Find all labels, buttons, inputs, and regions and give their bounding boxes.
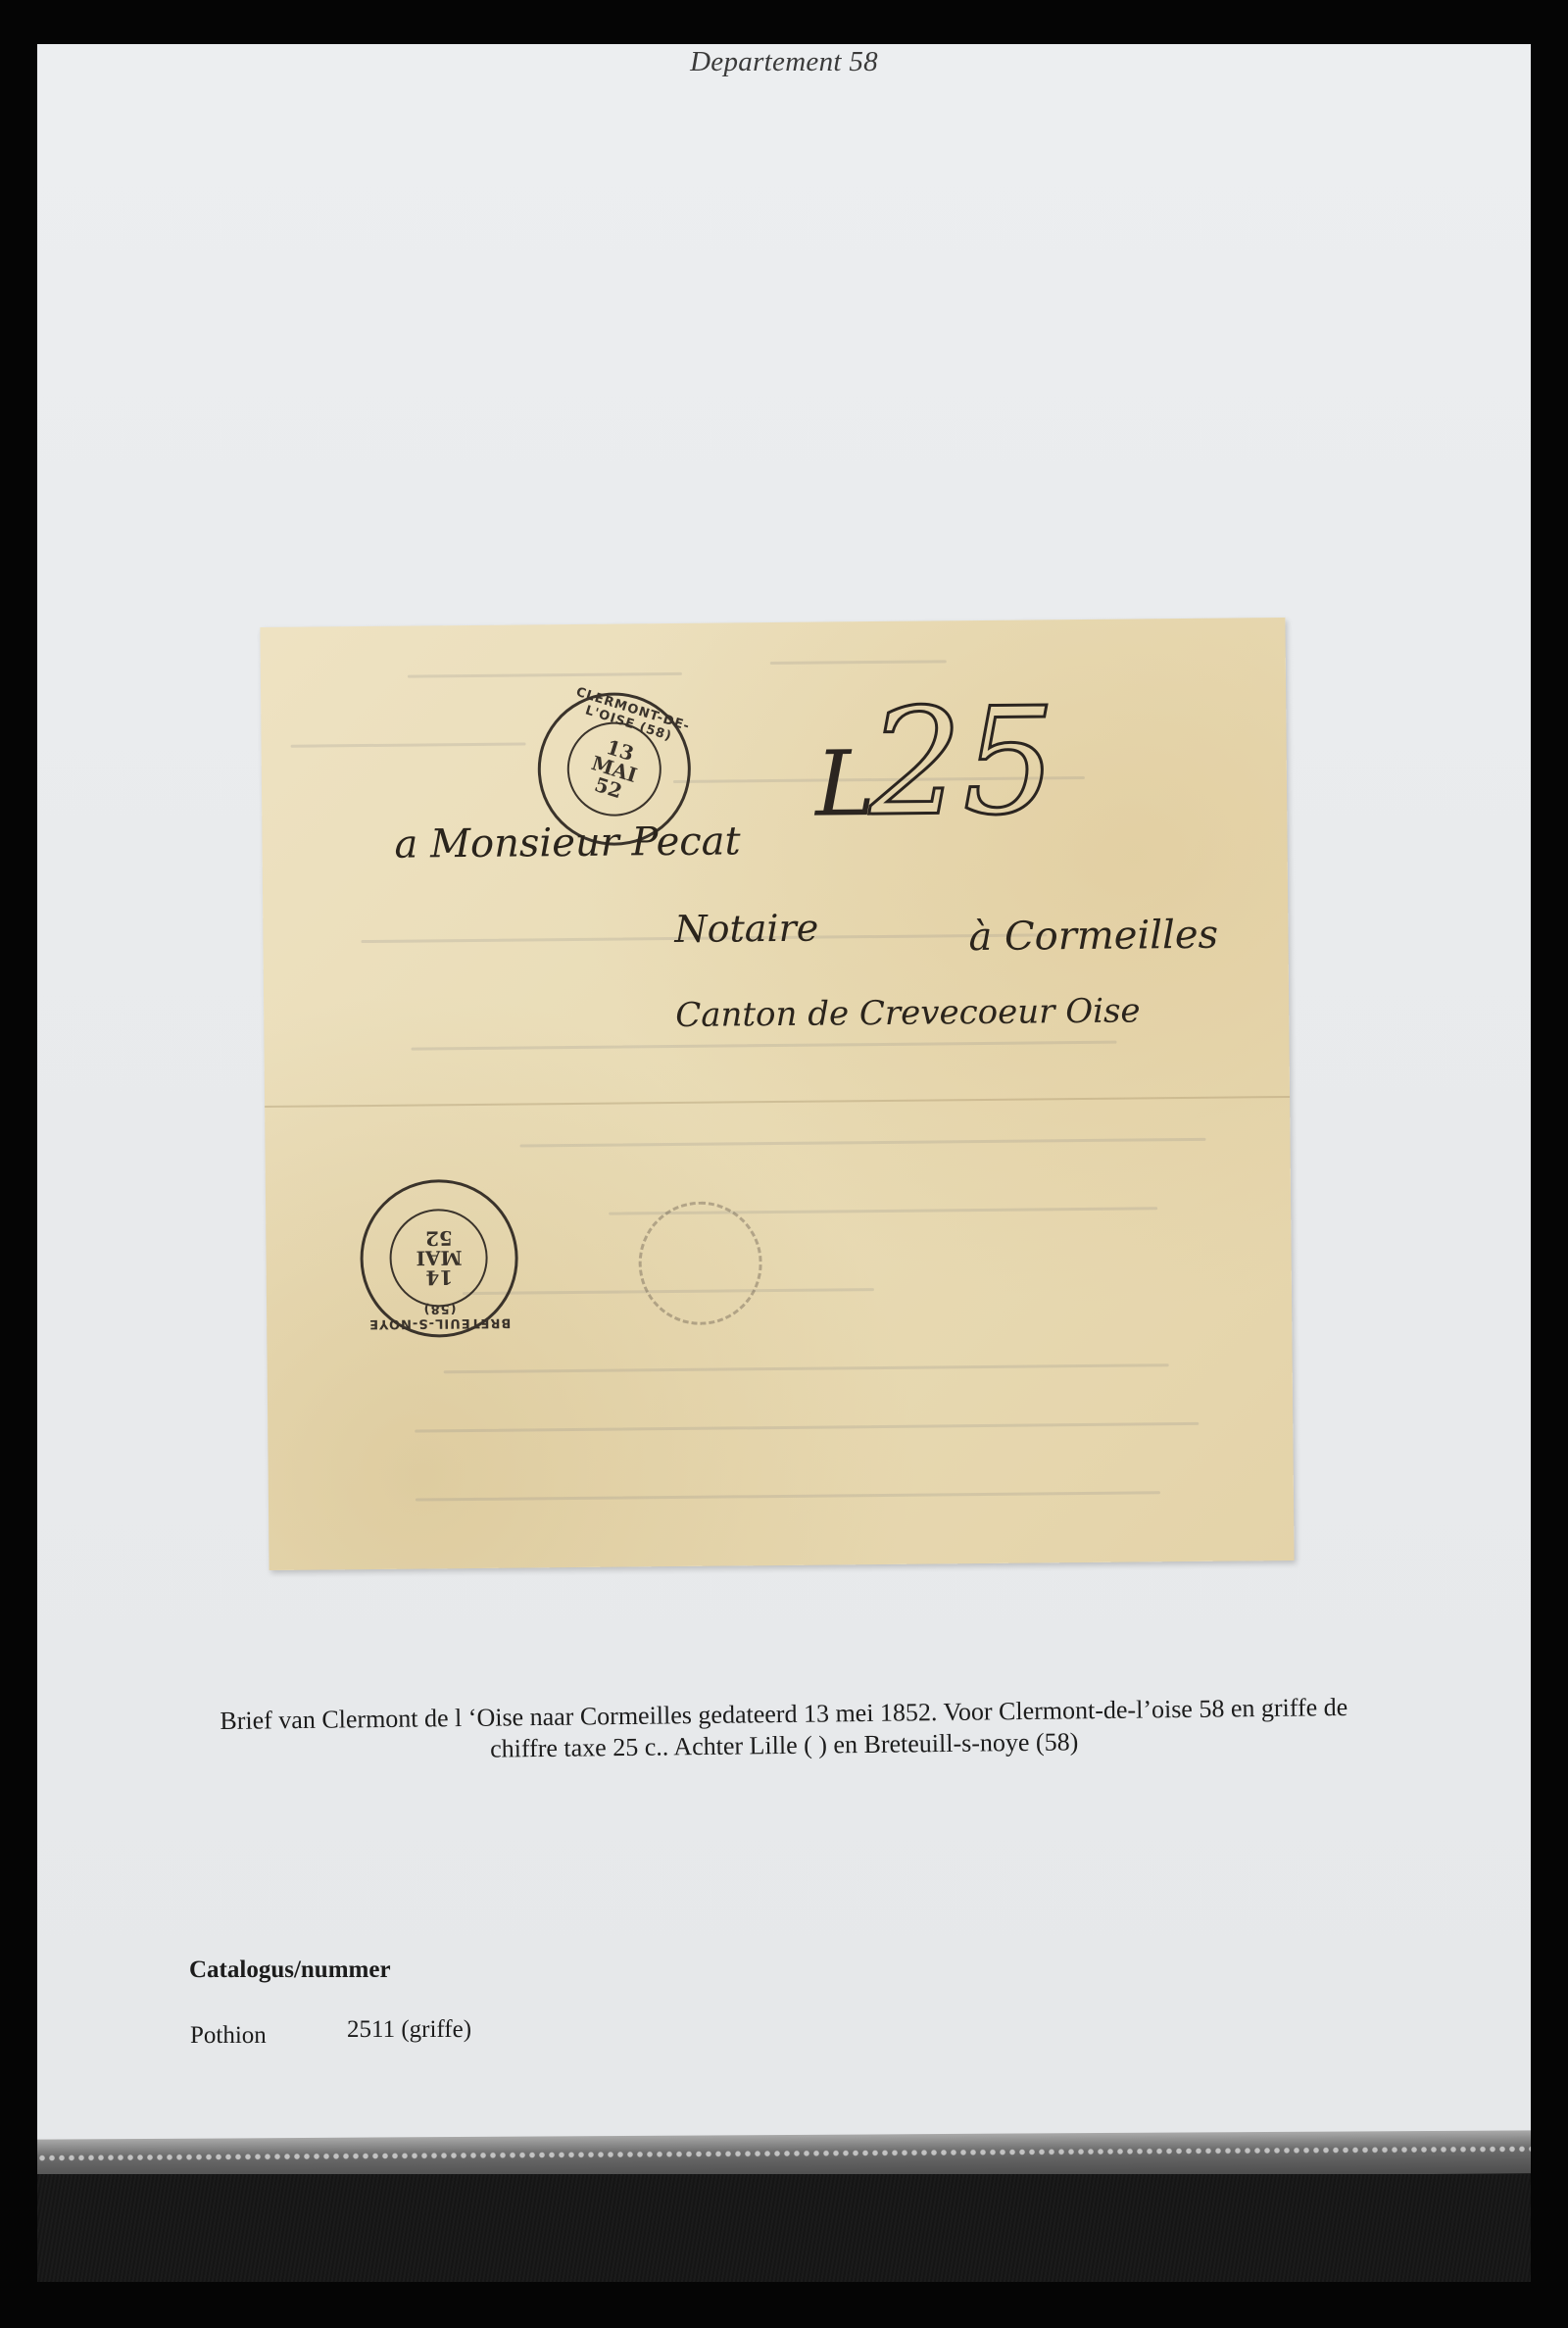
- tax-prefix-mark: L: [815, 739, 876, 830]
- catalogue-label: Pothion: [190, 2022, 267, 2050]
- address-line: Canton de Crevecoeur Oise: [675, 991, 1141, 1035]
- address-line: Notaire: [674, 907, 818, 951]
- faint-writing: [519, 1138, 1205, 1148]
- catalogue-heading: Catalogus/nummer: [189, 1957, 391, 1984]
- faint-writing: [416, 1491, 1160, 1501]
- faint-writing: [444, 1363, 1169, 1373]
- faint-writing: [408, 672, 682, 678]
- faint-writing: [291, 742, 526, 747]
- description-caption: Brief van Clermont de l ‘Oise naar Corme…: [37, 1690, 1532, 1771]
- background-fabric: [37, 2174, 1531, 2282]
- address-line: a Monsieur Pecat: [394, 818, 741, 867]
- album-page: Departement 58 CLERMONT-DE-L'OISE (58) 1…: [37, 44, 1531, 2152]
- catalogue-value: 2511 (griffe): [347, 2016, 471, 2044]
- breteuil-postmark: BRETEUIL-S-NOYE (58) 14 MAI 52: [360, 1179, 519, 1339]
- fold-line: [265, 1096, 1290, 1108]
- lille-postmark: [638, 1201, 762, 1325]
- letter-cover-photo: CLERMONT-DE-L'OISE (58) 13 MAI 52 L 25 a…: [260, 618, 1294, 1570]
- faint-writing: [412, 1041, 1117, 1051]
- address-line: à Cormeilles: [968, 913, 1218, 960]
- tax-marking-25: 25: [868, 688, 1056, 837]
- faint-writing: [770, 660, 947, 665]
- binding-holes: [37, 2144, 1531, 2162]
- page-title: Departement 58: [37, 46, 1531, 78]
- faint-writing: [415, 1422, 1199, 1433]
- postmark-date: 14 MAI 52: [416, 1229, 463, 1288]
